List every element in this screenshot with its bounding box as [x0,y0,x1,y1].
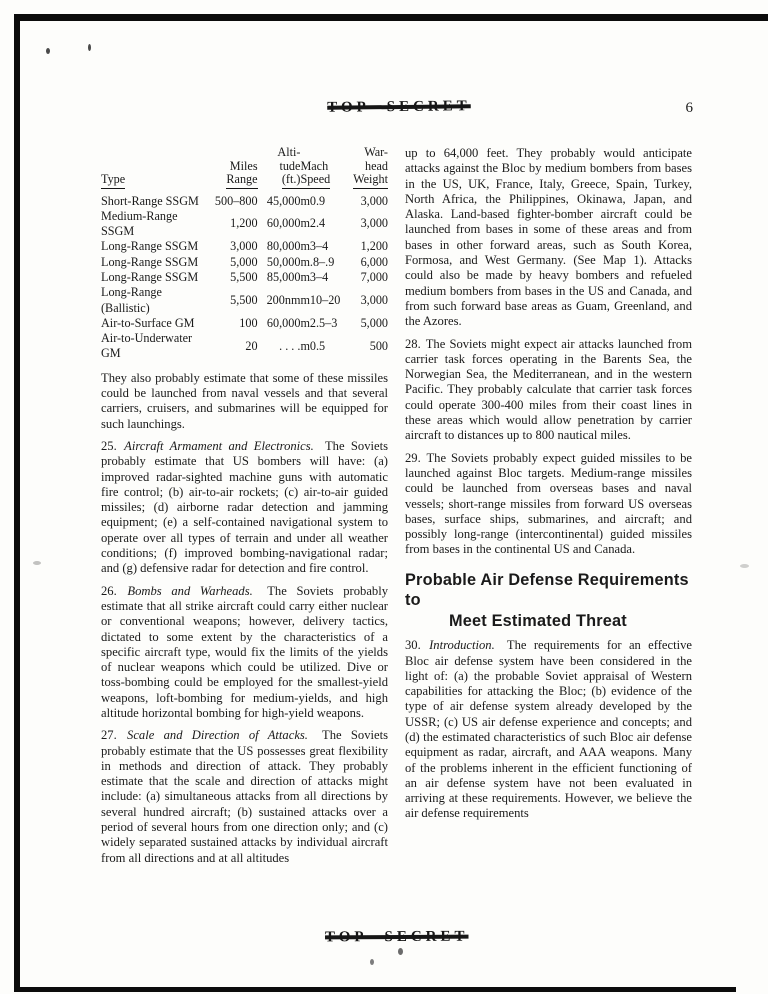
table-header-label: Speed [300,173,330,189]
scan-border-bottom [14,987,736,992]
table-cell: Air-to-Underwater GM [101,331,209,362]
table-header-cell [300,146,343,160]
table-header-cell: Mach [300,160,343,174]
table-cell: m3–4 [300,239,343,254]
right-column: up to 64,000 feet. They probably would a… [405,146,692,866]
document-page: TOP SECRET 6 Alti- War- Miles [0,0,768,994]
classification-stamp-top: TOP SECRET [101,96,697,119]
table-row: Short-Range SSGM 500–800 45,000 m0.9 3,0… [101,191,388,209]
paragraph-number: 29. [405,451,421,465]
table-cell: 7,000 [343,270,388,285]
table-cell: 45,000 [258,191,301,209]
table-cell: m2.5–3 [300,316,343,331]
table-header-label: Type [101,173,125,189]
table-header-cell: (ft.) [258,173,301,191]
classification-stamp-bottom: TOP SECRET [325,929,469,947]
table-row: Long-Range SSGM 5,000 50,000 m.8–.9 6,00… [101,255,388,270]
paragraph-28: 28. The Soviets might expect air attacks… [405,337,692,444]
table-cell: 3,000 [343,191,388,209]
table-header-cell [101,160,209,174]
table-header-cell: War- [343,146,388,160]
scan-artifact [46,48,50,54]
table-header-label: Range [226,173,257,189]
table-header-cell: Alti- [258,146,301,160]
table-header-cell: head [343,160,388,174]
table-row: Air-to-Underwater GM 20 . . . . m0.5 500 [101,331,388,362]
scan-artifact [370,959,374,965]
table-cell: m0.9 [300,191,343,209]
table-cell: 500 [343,331,388,362]
missile-characteristics-table: Alti- War- Miles tude Mach head Type Ran… [101,146,388,362]
table-cell: 85,000 [258,270,301,285]
table-cell: 6,000 [343,255,388,270]
table-cell: 200nm [258,285,301,316]
table-header-row: Alti- War- [101,146,388,160]
paragraph-number: 28. [405,337,421,351]
scan-artifact [33,561,41,565]
page-footer: TOP SECRET [101,928,692,946]
table-cell: 60,000 [258,209,301,240]
table-header-row: Type Range (ft.) Speed Weight [101,173,388,191]
paragraph-text: The requirements for an effective Bloc a… [405,638,692,820]
section-heading-line2: Meet Estimated Threat [405,611,692,632]
scan-border-top [14,14,768,21]
scan-artifact [740,564,749,568]
paragraph-title: Scale and Direction of Attacks. [127,728,308,742]
table-cell: Long-Range SSGM [101,239,209,254]
paragraph-text: The Soviets probably estimate that the U… [101,728,388,864]
paragraph-number: 26. [101,584,117,598]
scan-border-left [14,14,20,992]
table-cell: 3,000 [343,209,388,240]
table-cell: 5,500 [209,285,257,316]
left-column: Alti- War- Miles tude Mach head Type Ran… [101,146,388,866]
table-row: Long-Range (Ballistic) 5,500 200nm m10–2… [101,285,388,316]
table-cell: 5,000 [209,255,257,270]
paragraph-27: 27. Scale and Direction of Attacks. The … [101,728,388,866]
page-header: TOP SECRET 6 [101,99,697,121]
table-cell: 100 [209,316,257,331]
table-cell: . . . . [258,331,301,362]
paragraph-number: 30. [405,638,421,652]
table-cell: 20 [209,331,257,362]
table-header-cell [209,146,257,160]
table-row: Air-to-Surface GM 100 60,000 m2.5–3 5,00… [101,316,388,331]
section-heading: Probable Air Defense Requirements to Mee… [405,570,692,632]
table-cell: 3,000 [209,239,257,254]
table-cell: 5,500 [209,270,257,285]
paragraph-26: 26. Bombs and Warheads. The Soviets prob… [101,584,388,722]
paragraph-title: Introduction. [429,638,495,652]
scan-artifact [398,948,403,955]
paragraph-title: Bombs and Warheads. [127,584,252,598]
table-row: Long-Range SSGM 3,000 80,000 m3–4 1,200 [101,239,388,254]
paragraph-text: up to 64,000 feet. They probably would a… [405,146,692,328]
table-cell: 1,200 [343,239,388,254]
paragraph-text: The Soviets might expect air attacks lau… [405,337,692,443]
table-cell: Medium-Range SSGM [101,209,209,240]
table-cell: Air-to-Surface GM [101,316,209,331]
table-header-cell: tude [258,160,301,174]
paragraph-text: The Soviets probably estimate that US bo… [101,439,388,575]
table-row: Medium-Range SSGM 1,200 60,000 m2.4 3,00… [101,209,388,240]
table-cell: Long-Range SSGM [101,270,209,285]
table-cell: 80,000 [258,239,301,254]
table-row: Long-Range SSGM 5,500 85,000 m3–4 7,000 [101,270,388,285]
paragraph-continuation: up to 64,000 feet. They probably would a… [405,146,692,330]
table-cell: 500–800 [209,191,257,209]
table-cell: m3–4 [300,270,343,285]
table-header-cell: Miles [209,160,257,174]
table-cell: m10–20 [300,285,343,316]
paragraph-number: 27. [101,728,117,742]
table-cell: Long-Range (Ballistic) [101,285,209,316]
table-header-cell: Speed [300,173,343,191]
table-header-cell: Range [209,173,257,191]
table-header-label: Weight [353,173,388,189]
table-cell: Long-Range SSGM [101,255,209,270]
table-header-cell: Weight [343,173,388,191]
table-cell: 50,000 [258,255,301,270]
paragraph-text: The Soviets probably estimate that all s… [101,584,388,720]
scan-artifact [88,44,91,51]
table-header-cell [101,146,209,160]
table-cell: Short-Range SSGM [101,191,209,209]
content-columns: Alti- War- Miles tude Mach head Type Ran… [101,146,692,866]
table-cell: 5,000 [343,316,388,331]
paragraph-text: They also probably estimate that some of… [101,371,388,431]
table-cell: 60,000 [258,316,301,331]
section-heading-line1: Probable Air Defense Requirements to [405,570,692,611]
table-cell: m.8–.9 [300,255,343,270]
table-cell: m0.5 [300,331,343,362]
paragraph-30: 30. Introduction. The requirements for a… [405,638,692,822]
table-header-label: (ft.) [282,173,301,189]
table-cell: 1,200 [209,209,257,240]
paragraph-29: 29. The Soviets probably expect guided m… [405,451,692,558]
paragraph-continuation: They also probably estimate that some of… [101,371,388,432]
page-number: 6 [686,100,694,117]
table-header-row: Miles tude Mach head [101,160,388,174]
table-header-cell: Type [101,173,209,191]
table-cell: 3,000 [343,285,388,316]
paragraph-number: 25. [101,439,117,453]
table-cell: m2.4 [300,209,343,240]
paragraph-25: 25. Aircraft Armament and Electronics. T… [101,439,388,577]
paragraph-text: The Soviets probably expect guided missi… [405,451,692,557]
paragraph-title: Aircraft Armament and Electronics. [124,439,314,453]
